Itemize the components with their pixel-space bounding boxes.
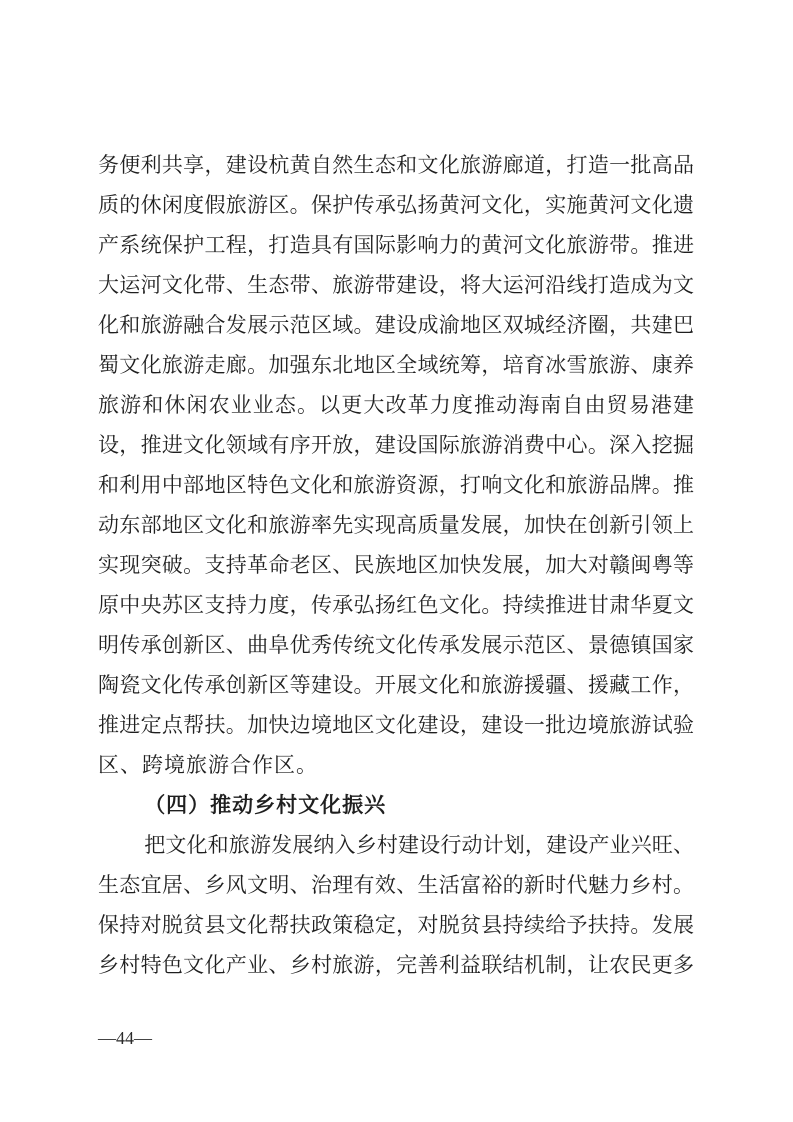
text-line: 保持对脱贫县文化帮扶政策稳定，对脱贫县持续给予扶持。发展: [98, 905, 694, 945]
text-line: 化和旅游融合发展示范区域。建设成渝地区双城经济圈，共建巴: [98, 305, 694, 345]
text-line: 蜀文化旅游走廊。加强东北地区全域统筹，培育冰雪旅游、康养: [98, 345, 694, 385]
text-line: 原中央苏区支持力度，传承弘扬红色文化。持续推进甘肃华夏文: [98, 585, 694, 625]
text-line: 产系统保护工程，打造具有国际影响力的黄河文化旅游带。推进: [98, 225, 694, 265]
text-line: 设，推进文化领域有序开放，建设国际旅游消费中心。深入挖掘: [98, 425, 694, 465]
text-line: 务便利共享，建设杭黄自然生态和文化旅游廊道，打造一批高品: [98, 145, 694, 185]
text-line: 旅游和休闲农业业态。以更大改革力度推动海南自由贸易港建: [98, 385, 694, 425]
text-line: 和利用中部地区特色文化和旅游资源，打响文化和旅游品牌。推: [98, 465, 694, 505]
text-line: 把文化和旅游发展纳入乡村建设行动计划，建设产业兴旺、: [98, 825, 694, 865]
document-text-block: 务便利共享，建设杭黄自然生态和文化旅游廊道，打造一批高品 质的休闲度假旅游区。保…: [98, 145, 694, 985]
text-line: 生态宜居、乡风文明、治理有效、生活富裕的新时代魅力乡村。: [98, 865, 694, 905]
text-line: 推进定点帮扶。加快边境地区文化建设，建设一批边境旅游试验: [98, 705, 694, 745]
text-line: 乡村特色文化产业、乡村旅游，完善利益联结机制，让农民更多: [98, 945, 694, 985]
text-line: 明传承创新区、曲阜优秀传统文化传承发展示范区、景德镇国家: [98, 625, 694, 665]
text-line: 动东部地区文化和旅游率先实现高质量发展，加快在创新引领上: [98, 505, 694, 545]
page-number: —44—: [98, 1026, 152, 1050]
text-line: 区、跨境旅游合作区。: [98, 745, 694, 785]
text-line: 实现突破。支持革命老区、民族地区加快发展，加大对赣闽粤等: [98, 545, 694, 585]
text-line: 大运河文化带、生态带、旅游带建设，将大运河沿线打造成为文: [98, 265, 694, 305]
section-heading: （四）推动乡村文化振兴: [98, 785, 694, 825]
text-line: 陶瓷文化传承创新区等建设。开展文化和旅游援疆、援藏工作，: [98, 665, 694, 705]
text-line: 质的休闲度假旅游区。保护传承弘扬黄河文化，实施黄河文化遗: [98, 185, 694, 225]
document-page: 务便利共享，建设杭黄自然生态和文化旅游廊道，打造一批高品 质的休闲度假旅游区。保…: [0, 0, 793, 1122]
